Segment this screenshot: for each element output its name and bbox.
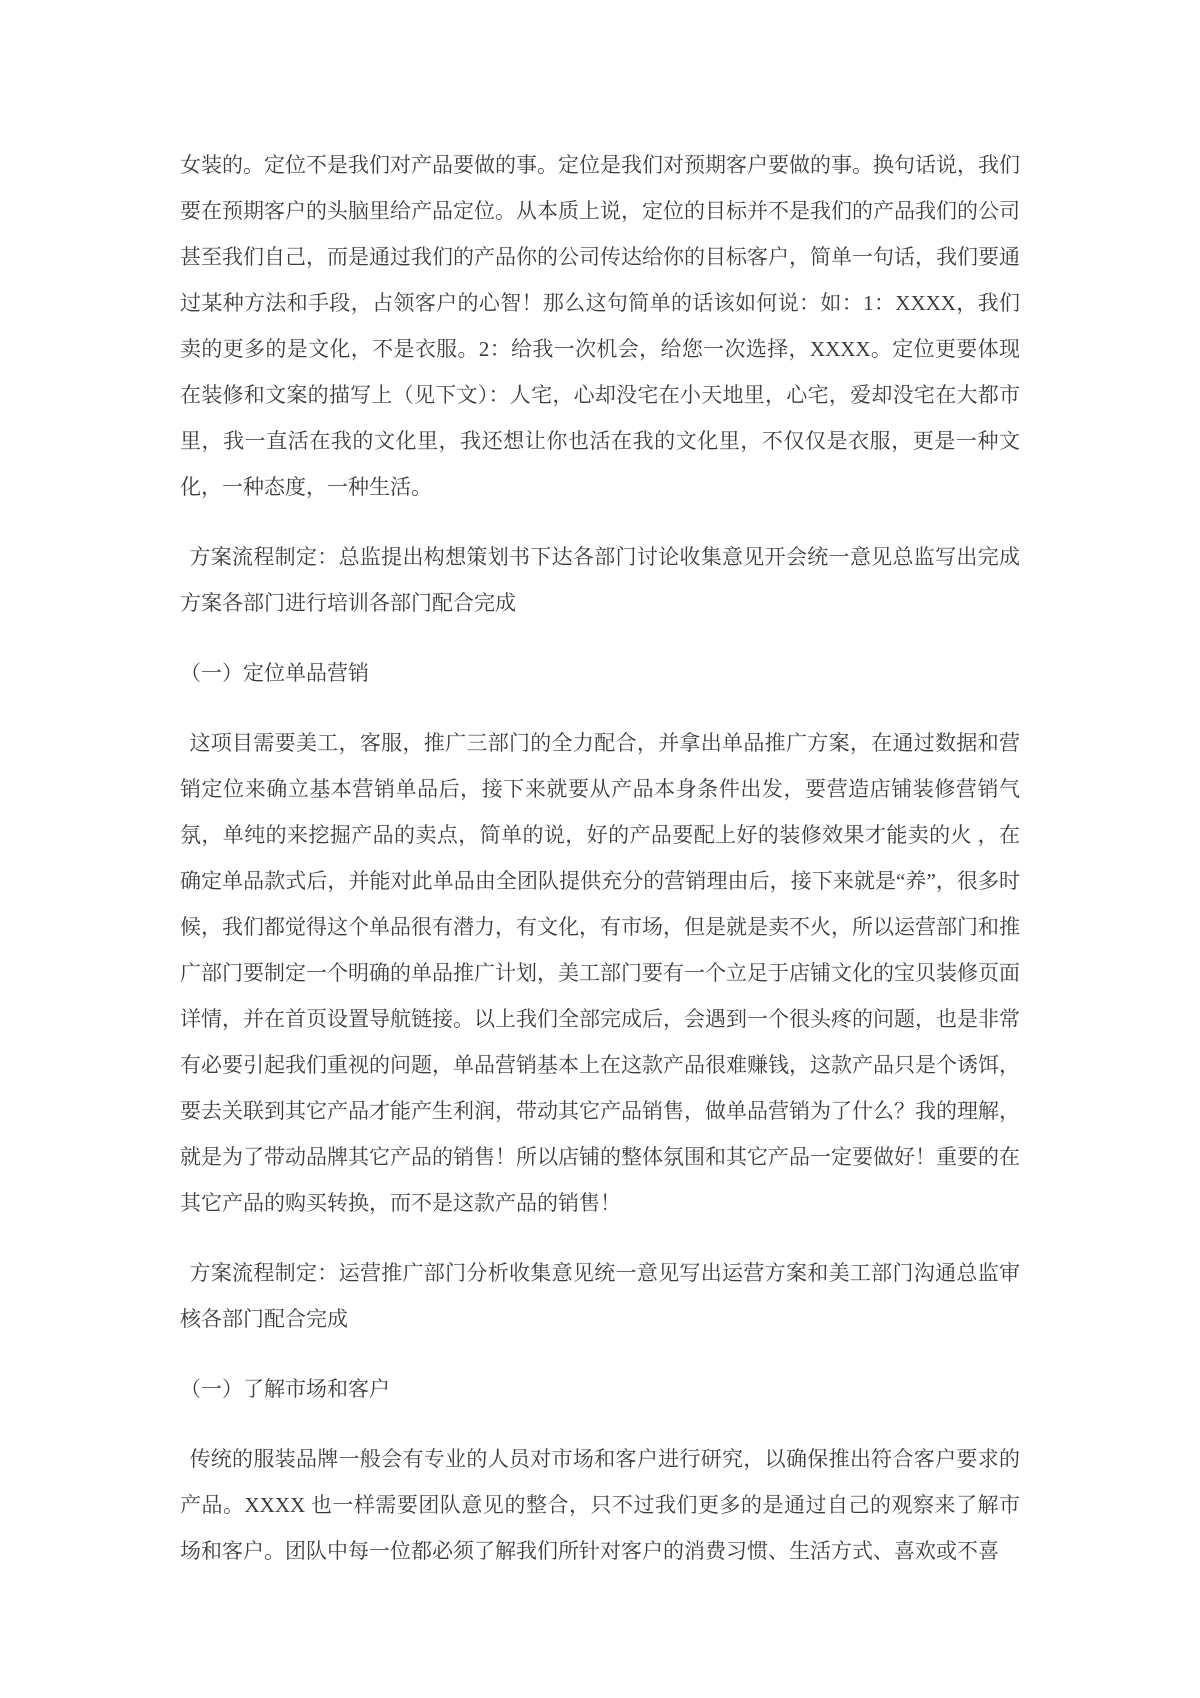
paragraph-single-item-marketing: 这项目需要美工，客服，推广三部门的全力配合，并拿出单品推广方案，在通过数据和营销… [180, 720, 1020, 1226]
paragraph-positioning-continuation: 女装的。定位不是我们对产品要做的事。定位是我们对预期客户要做的事。换句话说，我们… [180, 142, 1020, 510]
paragraph-plan-flow-2: 方案流程制定：运营推广部门分析收集意见统一意见写出运营方案和美工部门沟通总监审核… [180, 1250, 1020, 1342]
paragraph-plan-flow-1: 方案流程制定：总监提出构想策划书下达各部门讨论收集意见开会统一意见总监写出完成方… [180, 534, 1020, 626]
heading-section-market-customers: （一）了解市场和客户 [180, 1366, 1020, 1412]
heading-section-single-item-marketing: （一）定位单品营销 [180, 650, 1020, 696]
document-page: 女装的。定位不是我们对产品要做的事。定位是我们对预期客户要做的事。换句话说，我们… [0, 0, 1200, 1698]
paragraph-market-customers: 传统的服装品牌一般会有专业的人员对市场和客户进行研究，以确保推出符合客户要求的产… [180, 1436, 1020, 1574]
